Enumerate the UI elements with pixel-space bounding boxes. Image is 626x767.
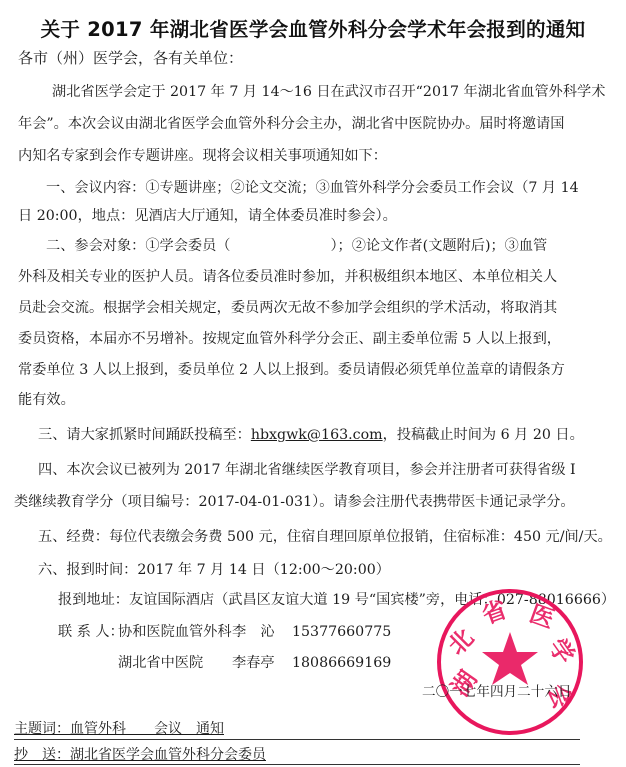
section2-line-2: 外科及相关专业的医护人员。请各位委员准时参加，并积极组织本地区、本单位相关人	[18, 267, 557, 287]
section2-line-1a: 二、参会对象：①学会委员（	[46, 238, 230, 254]
section6-time: 六、报到时间：2017 年 7 月 14 日（12:00～20:00）	[38, 560, 390, 580]
intro-line-1: 湖北省医学会定于 2017 年 7 月 14～16 日在武汉市召开“2017 年…	[52, 82, 605, 102]
section1-line-1: 一、会议内容：①专题讲座；②论文交流；③血管外科学分会委员工作会议（7 月 14	[46, 178, 579, 198]
cc-line: 抄 送：湖北省医学会血管外科分会委员	[14, 744, 266, 764]
salutation: 各市（州）医学会，各有关单位：	[18, 48, 243, 68]
contact-1-org: 协和医院血管外科	[118, 622, 232, 642]
section2-line-3: 员赴会交流。根据学会相关规定，委员两次无故不参加学会组织的学术活动，将取消其	[18, 298, 557, 318]
contacts-label: 联 系 人：	[58, 622, 124, 642]
keywords-line: 主题词：血管外科 会议 通知	[14, 718, 224, 738]
seal-char-5: 学	[543, 633, 580, 669]
submission-email-link[interactable]: hbxgwk@163.com	[251, 427, 383, 443]
contact-2-org: 湖北省中医院	[118, 653, 203, 673]
issue-date: 二〇一七年四月二十六日	[422, 682, 572, 702]
section2-line-1: 二、参会对象：①学会委员（）；②论文作者(文题附后)；③血管	[46, 236, 547, 256]
section3-line: 三、请大家抓紧时间踊跃投稿至：hbxgwk@163.com，投稿截止时间为 6 …	[38, 425, 584, 445]
section2-line-4: 委员资格，本届亦不另增补。按规定血管外科学分会正、副主委单位需 5 人以上报到，	[18, 329, 561, 349]
section1-line-2: 日 20:00，地点：见酒店大厅通知，请全体委员准时参会）。	[18, 206, 397, 226]
seal-char-3: 省	[478, 595, 510, 630]
intro-line-2: 年会”。本次会议由湖北省医学会血管外科分会主办，湖北省中医院协办。届时将邀请国	[18, 114, 564, 134]
divider-2	[14, 764, 580, 765]
section4-line-1: 四、本次会议已被列为 2017 年湖北省继续医学教育项目，参会并注册者可获得省级…	[38, 460, 576, 480]
section3-suffix: ，投稿截止时间为 6 月 20 日。	[383, 427, 584, 443]
contact-1-name: 李 沁	[232, 622, 275, 642]
contact-2-phone: 18086669169	[292, 653, 391, 673]
section2-line-5: 常委单位 3 人以上报到，委员单位 2 人以上报到。委员请假必须凭单位盖章的请假…	[18, 360, 565, 380]
section5-line: 五、经费：每位代表缴会务费 500 元，住宿自理回原单位报销，住宿标准：450 …	[38, 527, 612, 547]
divider-1	[14, 739, 580, 740]
contact-2-name: 李春亭	[232, 653, 275, 673]
notice-document: 关于 2017 年湖北省医学会血管外科分会学术年会报到的通知 各市（州）医学会，…	[0, 0, 626, 767]
intro-line-3: 内知名专家到会作专题讲座。现将会议相关事项通知如下：	[18, 146, 387, 166]
document-title: 关于 2017 年湖北省医学会血管外科分会学术年会报到的通知	[0, 14, 626, 42]
section2-line-1b: ）；②论文作者(文题附后)；③血管	[330, 238, 547, 254]
official-seal-icon: 湖 北 省 医 学 会	[436, 588, 584, 736]
contact-1-phone: 15377660775	[292, 622, 391, 642]
section4-line-2: 类继续教育学分（项目编号：2017-04-01-031）。请参会注册代表携带医卡…	[14, 492, 575, 512]
section3-prefix: 三、请大家抓紧时间踊跃投稿至：	[38, 427, 251, 443]
section2-line-6: 能有效。	[18, 390, 75, 410]
